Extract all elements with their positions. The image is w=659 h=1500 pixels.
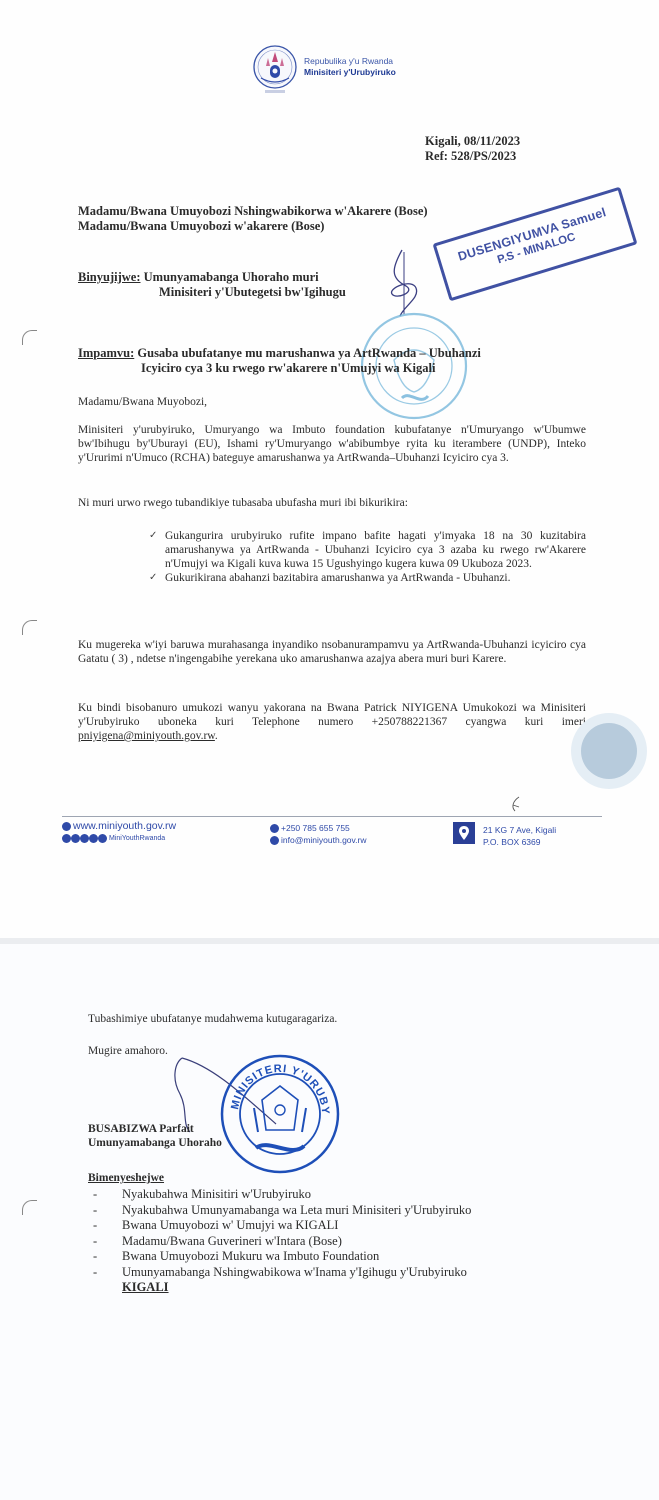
cc-list-item: -Nyakubahwa Minisitiri w'Urubyiruko — [93, 1187, 471, 1203]
cc-list-item: -Nyakubahwa Umunyamabanga wa Leta muri M… — [93, 1203, 471, 1219]
location-pin-icon — [453, 822, 475, 844]
addressee-block: Madamu/Bwana Umuyobozi Nshingwabikorwa w… — [78, 204, 428, 234]
facebook-icon[interactable] — [62, 834, 71, 843]
cc-list: -Nyakubahwa Minisitiri w'Urubyiruko -Nya… — [93, 1187, 471, 1296]
reference-number: Ref: 528/PS/2023 — [425, 149, 520, 164]
place-date: Kigali, 08/11/2023 — [425, 134, 520, 149]
body-paragraph-3: Ku mugereka w'iyi baruwa murahasanga iny… — [78, 638, 586, 666]
signatory-name: BUSABIZWA Parfait — [88, 1122, 222, 1136]
body-paragraph-1: Minisiteri y'urubyiruko, Umuryango wa Im… — [78, 423, 586, 465]
binding-mark — [22, 1200, 37, 1215]
request-item: ✓ Gukurikirana abahanzi bazitabira amaru… — [149, 571, 586, 585]
cc-list-item: -Umunyamabanga Nshingwabikowa w'Inama y'… — [93, 1265, 471, 1281]
binding-mark — [22, 330, 37, 345]
svg-text:MINISITERI Y'URUBYIRUKO: MINISITERI Y'URUBYIRUKO — [218, 1052, 331, 1115]
contact-email-link[interactable]: pniyigena@miniyouth.gov.rw — [78, 730, 215, 742]
thanks-line: Tubashimiye ubufatanye mudahwema kutugar… — [88, 1012, 337, 1026]
footer-address: 21 KG 7 Ave, Kigali P.O. BOX 6369 — [483, 824, 556, 848]
signatory-block: BUSABIZWA Parfait Umunyamabanga Uhoraho — [88, 1122, 222, 1150]
cc-list-item: -Bwana Umuyobozi Mukuru wa Imbuto Founda… — [93, 1249, 471, 1265]
address-line-2: P.O. BOX 6369 — [483, 836, 556, 848]
letter-meta: Kigali, 08/11/2023 Ref: 528/PS/2023 — [425, 134, 520, 164]
cc-location: KIGALI — [93, 1280, 471, 1296]
binding-mark — [22, 620, 37, 635]
cc-heading: Bimenyeshejwe — [88, 1171, 164, 1185]
instagram-icon[interactable] — [80, 834, 89, 843]
footer-contact: +250 785 655 755 info@miniyouth.gov.rw — [270, 822, 366, 846]
ministry-emblem-icon — [252, 40, 298, 98]
footer-divider — [62, 816, 602, 817]
addressee-line: Madamu/Bwana Umuyobozi w'akarere (Bose) — [78, 219, 428, 234]
footer-web: www.miniyouth.gov.rw MiniYouthRwanda — [62, 820, 176, 845]
cc-list-item: -Madamu/Bwana Guverineri w'Intara (Bose) — [93, 1234, 471, 1250]
twitter-icon[interactable] — [71, 834, 80, 843]
social-handle: MiniYouthRwanda — [109, 835, 165, 842]
subject-line-1: Gusaba ubufatanye mu marushanwa ya ArtRw… — [137, 346, 480, 360]
request-item: ✓ Gukangurira urubyiruko rufite impano b… — [149, 529, 586, 571]
globe-icon — [62, 822, 71, 831]
footer-phone: +250 785 655 755 — [281, 823, 350, 833]
via-line-1: Umunyamabanga Uhoraho muri — [144, 270, 319, 284]
republic-name: Repubulika y'u Rwanda — [304, 56, 396, 67]
check-icon: ✓ — [149, 529, 157, 543]
ministry-name: Minisiteri y'Urubyiruko — [304, 67, 396, 78]
website-link[interactable]: www.miniyouth.gov.rw — [73, 820, 176, 832]
letter-page-1: Repubulika y'u Rwanda Minisiteri y'Uruby… — [0, 0, 659, 940]
cc-list-item: -Bwana Umuyobozi w' Umujyi wa KIGALI — [93, 1218, 471, 1234]
letter-page-2: Tubashimiye ubufatanye mudahwema kutugar… — [0, 944, 659, 1500]
salutation: Madamu/Bwana Muyobozi, — [78, 395, 207, 409]
subject-line-2: Icyiciro cya 3 ku rwego rw'akarere n'Umu… — [78, 361, 481, 376]
flickr-icon[interactable] — [98, 834, 107, 843]
letterhead-text: Repubulika y'u Rwanda Minisiteri y'Uruby… — [304, 56, 396, 77]
phone-icon — [270, 824, 279, 833]
addressee-line: Madamu/Bwana Umuyobozi Nshingwabikorwa w… — [78, 204, 428, 219]
youtube-icon[interactable] — [89, 834, 98, 843]
via-line-2: Minisiteri y'Ubutegetsi bw'Igihugu — [78, 285, 346, 300]
signatory-title: Umunyamabanga Uhoraho — [88, 1136, 222, 1150]
request-checklist: ✓ Gukangurira urubyiruko rufite impano b… — [149, 529, 586, 585]
initial-mark-icon — [509, 795, 523, 818]
via-block: Binyujijwe: Umunyamabanga Uhoraho muri M… — [78, 270, 346, 300]
address-line-1: 21 KG 7 Ave, Kigali — [483, 824, 556, 836]
received-stamp: DUSENGIYUMVA Samuel P.S - MINALOC — [433, 187, 638, 302]
ministry-seal-icon: MINISITERI Y'URUBYIRUKO — [218, 1052, 342, 1181]
scroll-indicator[interactable] — [571, 713, 647, 789]
closing-line: Mugire amahoro. — [88, 1044, 168, 1058]
email-icon — [270, 836, 279, 845]
check-icon: ✓ — [149, 571, 157, 585]
body-paragraph-4: Ku bindi bisobanuro umukozi wanyu yakora… — [78, 701, 586, 743]
subject-label: Impamvu: — [78, 346, 134, 360]
subject-block: Impamvu: Gusaba ubufatanye mu marushanwa… — [78, 346, 481, 376]
via-label: Binyujijwe: — [78, 270, 141, 284]
footer-email[interactable]: info@miniyouth.gov.rw — [281, 835, 366, 845]
body-paragraph-2: Ni muri urwo rwego tubandikiye tubasaba … — [78, 496, 408, 510]
